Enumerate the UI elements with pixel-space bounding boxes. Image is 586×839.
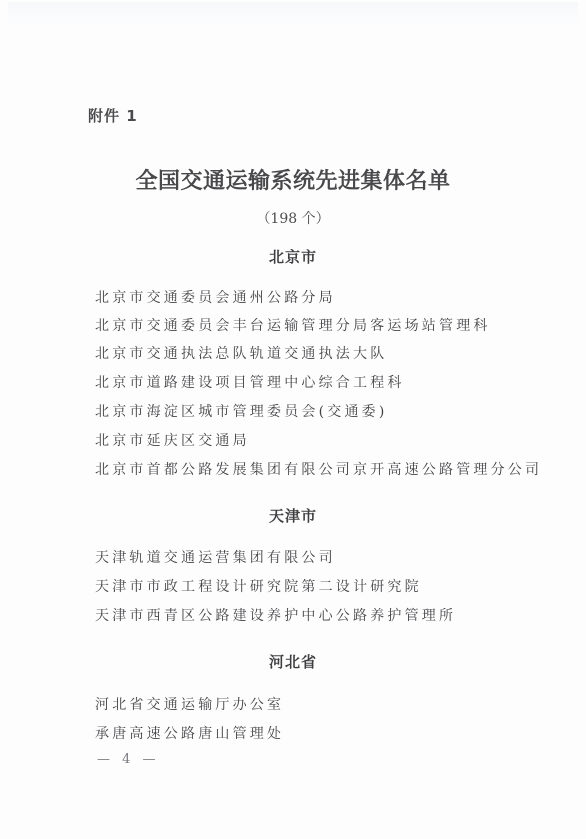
section-heading-beijing: 北京市 [0, 246, 586, 267]
list-item: 北京市首都公路发展集团有限公司京开高速公路管理分公司 [95, 459, 542, 479]
list-item: 天津市市政工程设计研究院第二设计研究院 [95, 576, 422, 596]
list-item: 天津市西青区公路建设养护中心公路养护管理所 [95, 605, 456, 625]
list-item: 天津轨道交通运营集团有限公司 [95, 547, 336, 567]
list-item: 北京市交通委员会丰台运输管理分局客运场站管理科 [95, 315, 491, 335]
document-title: 全国交通运输系统先进集体名单 [0, 164, 586, 195]
list-item: 北京市道路建设项目管理中心综合工程科 [95, 372, 405, 392]
scan-edge-artifact [8, 2, 578, 26]
collective-count: （198 个） [0, 208, 586, 228]
page-number: — 4 — [97, 752, 160, 767]
section-heading-hebei: 河北省 [0, 651, 586, 672]
section-heading-tianjin: 天津市 [0, 505, 586, 526]
list-item: 北京市延庆区交通局 [95, 430, 250, 450]
list-item: 河北省交通运输厅办公室 [95, 694, 284, 714]
document-page: 附件 1 全国交通运输系统先进集体名单 （198 个） 北京市 北京市交通委员会… [0, 0, 586, 839]
list-item: 北京市交通委员会通州公路分局 [95, 287, 336, 307]
attachment-label: 附件 1 [88, 105, 138, 126]
list-item: 承唐高速公路唐山管理处 [95, 723, 284, 743]
list-item: 北京市海淀区城市管理委员会(交通委) [95, 401, 388, 421]
list-item: 北京市交通执法总队轨道交通执法大队 [95, 343, 387, 363]
